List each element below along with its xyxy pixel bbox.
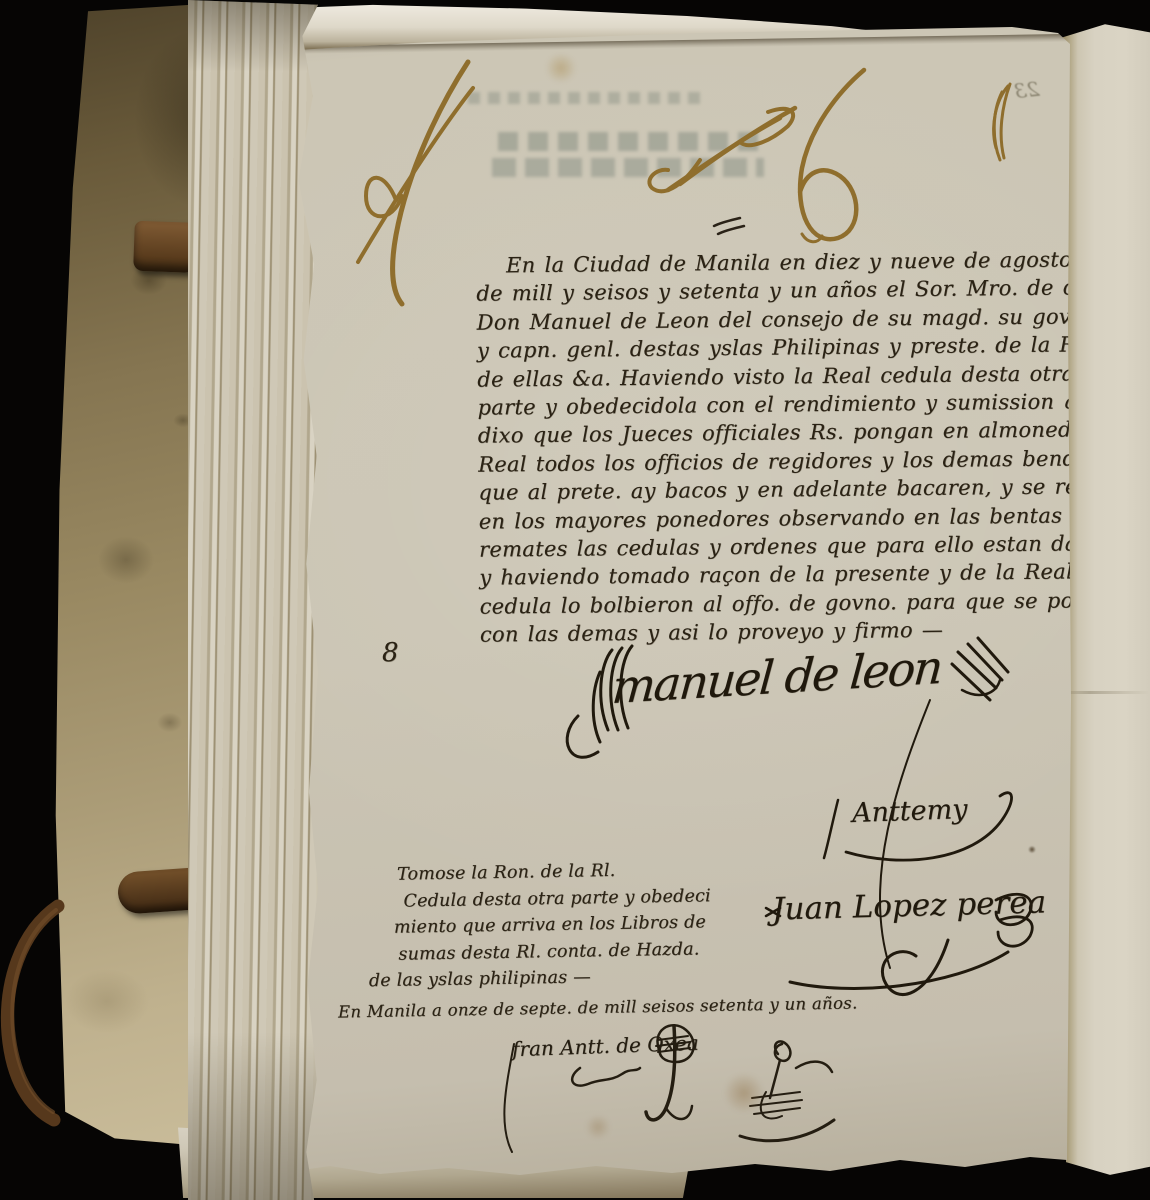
stain-spot: [544, 54, 578, 82]
dateline: En Manila a onze de septe. de mill seiso…: [338, 993, 858, 1021]
stain-spot: [584, 1116, 612, 1138]
page-stack-edges: [188, 0, 318, 1200]
notary-signature: Juan Lopez perea: [772, 884, 1047, 927]
margin-mark: 8: [382, 638, 399, 668]
rubric-flourish-left: [358, 62, 473, 304]
rubric-flourish-teardrop: [800, 70, 864, 242]
bleedthrough-print-line: [492, 158, 764, 177]
archive-photo: 23: [0, 0, 1150, 1200]
stain-spot: [722, 1074, 766, 1112]
folio-number-showthrough: 23: [1013, 77, 1041, 104]
body-text-block: En la Ciudad de Manila en diez y nueve d…: [476, 246, 1150, 651]
bleedthrough-print-line: [498, 132, 760, 151]
attestation-text: Anttemy: [851, 794, 967, 829]
registration-note-block: Tomose la Ron. de la Rl.Cedula desta otr…: [397, 859, 713, 997]
paragraph-mark: [714, 218, 744, 234]
governor-signature: manuel de leon: [610, 640, 943, 714]
ink-speck: [1028, 846, 1036, 853]
rubric-flourish-right: [994, 84, 1010, 160]
clerk-signature: fran Antt. de Oxea: [512, 1031, 699, 1062]
text-line: de las yslas philipinas —: [369, 965, 713, 997]
bleedthrough-print-line: [468, 92, 706, 104]
text-line: con las demas y asi lo proveyo y firmo —: [480, 615, 1150, 651]
